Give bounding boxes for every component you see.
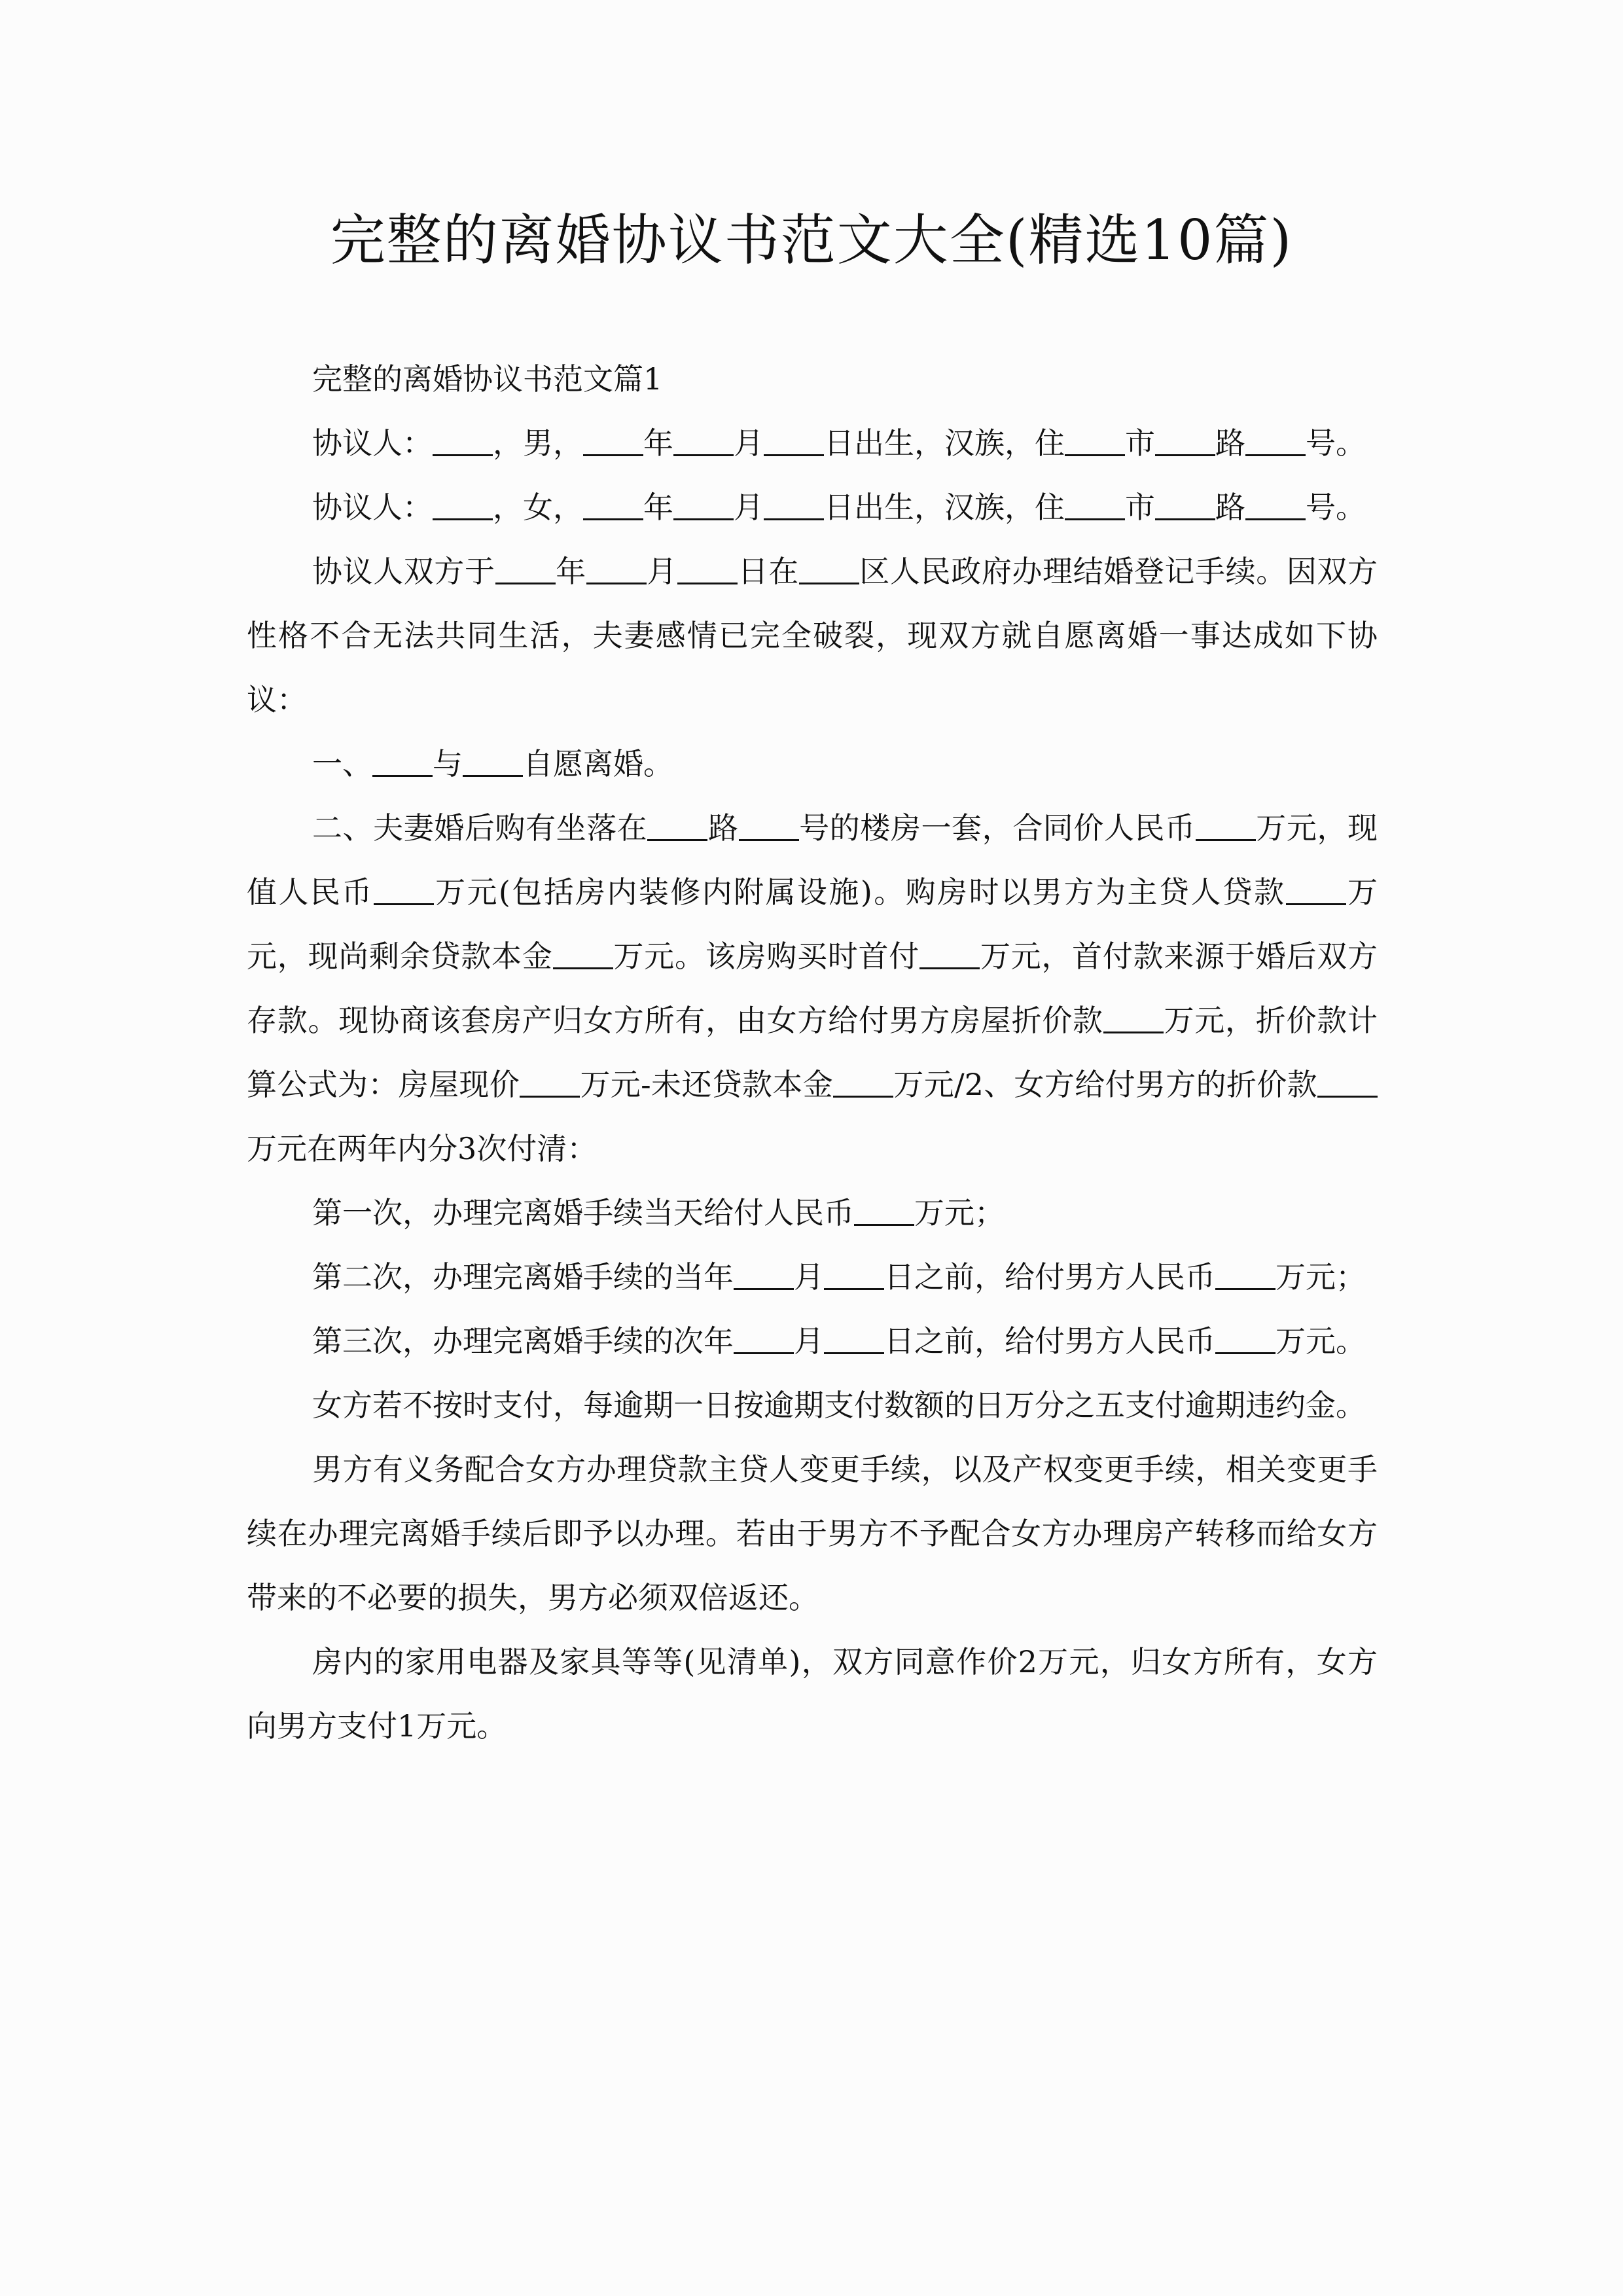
fill-in-blank — [833, 1066, 893, 1098]
fill-in-blank — [824, 1258, 884, 1290]
fill-in-blank — [734, 1258, 794, 1290]
fill-in-blank — [764, 488, 824, 520]
fill-in-blank — [1065, 488, 1125, 520]
document-page: 完整的离婚协议书范文大全(精选10篇) 完整的离婚协议书范文篇1 协议人：，男，… — [0, 0, 1623, 2296]
fill-in-blank — [372, 745, 433, 777]
fill-in-blank — [1245, 424, 1306, 456]
fill-in-blank — [1245, 488, 1306, 520]
fill-in-blank — [673, 488, 734, 520]
fill-in-blank — [1196, 809, 1256, 841]
fill-in-blank — [583, 488, 643, 520]
fill-in-blank — [1215, 1258, 1275, 1290]
fill-in-blank — [919, 937, 980, 969]
fill-in-blank — [1155, 488, 1215, 520]
document-body: 完整的离婚协议书范文篇1 协议人：，男，年月日出生，汉族，住市路号。 协议人：，… — [247, 347, 1378, 1758]
fill-in-blank — [673, 424, 734, 456]
paragraph-transfer-obligation: 男方有义务配合女方办理贷款主贷人变更手续，以及产权变更手续，相关变更手续在办理完… — [247, 1437, 1378, 1630]
fill-in-blank — [586, 552, 647, 584]
fill-in-blank — [734, 1322, 794, 1354]
fill-in-blank — [463, 745, 523, 777]
fill-in-blank — [583, 424, 643, 456]
paragraph-furniture: 房内的家用电器及家具等等(见清单)，双方同意作价2万元，归女方所有，女方向男方支… — [247, 1630, 1378, 1758]
paragraph-marriage-registration: 协议人双方于年月日在区人民政府办理结婚登记手续。因双方性格不合无法共同生活，夫妻… — [247, 539, 1378, 732]
fill-in-blank — [739, 809, 799, 841]
paragraph-clause-1: 一、与自愿离婚。 — [247, 732, 1378, 796]
paragraph-party-female: 协议人：，女，年月日出生，汉族，住市路号。 — [247, 475, 1378, 539]
fill-in-blank — [799, 552, 859, 584]
fill-in-blank — [433, 424, 493, 456]
paragraph-payment-2: 第二次，办理完离婚手续的当年月日之前，给付男方人民币万元； — [247, 1245, 1378, 1309]
paragraph-party-male: 协议人：，男，年月日出生，汉族，住市路号。 — [247, 411, 1378, 475]
paragraph-payment-1: 第一次，办理完离婚手续当天给付人民币万元； — [247, 1181, 1378, 1245]
fill-in-blank — [824, 1322, 884, 1354]
fill-in-blank — [1155, 424, 1215, 456]
fill-in-blank — [1215, 1322, 1275, 1354]
fill-in-blank — [854, 1194, 914, 1226]
fill-in-blank — [764, 424, 824, 456]
paragraph-clause-2-property: 二、夫妻婚后购有坐落在路号的楼房一套，合同价人民币万元，现值人民币万元(包括房内… — [247, 796, 1378, 1181]
fill-in-blank — [433, 488, 493, 520]
document-title: 完整的离婚协议书范文大全(精选10篇) — [0, 191, 1623, 289]
section-heading: 完整的离婚协议书范文篇1 — [247, 347, 1378, 411]
fill-in-blank — [553, 937, 613, 969]
fill-in-blank — [1286, 873, 1346, 905]
fill-in-blank — [677, 552, 738, 584]
fill-in-blank — [647, 809, 707, 841]
paragraph-payment-3: 第三次，办理完离婚手续的次年月日之前，给付男方人民币万元。 — [247, 1309, 1378, 1373]
paragraph-late-penalty: 女方若不按时支付，每逾期一日按逾期支付数额的日万分之五支付逾期违约金。 — [247, 1373, 1378, 1437]
fill-in-blank — [1103, 1001, 1164, 1033]
fill-in-blank — [374, 873, 434, 905]
fill-in-blank — [520, 1066, 580, 1098]
fill-in-blank — [495, 552, 556, 584]
fill-in-blank — [1065, 424, 1125, 456]
fill-in-blank — [1317, 1066, 1378, 1098]
